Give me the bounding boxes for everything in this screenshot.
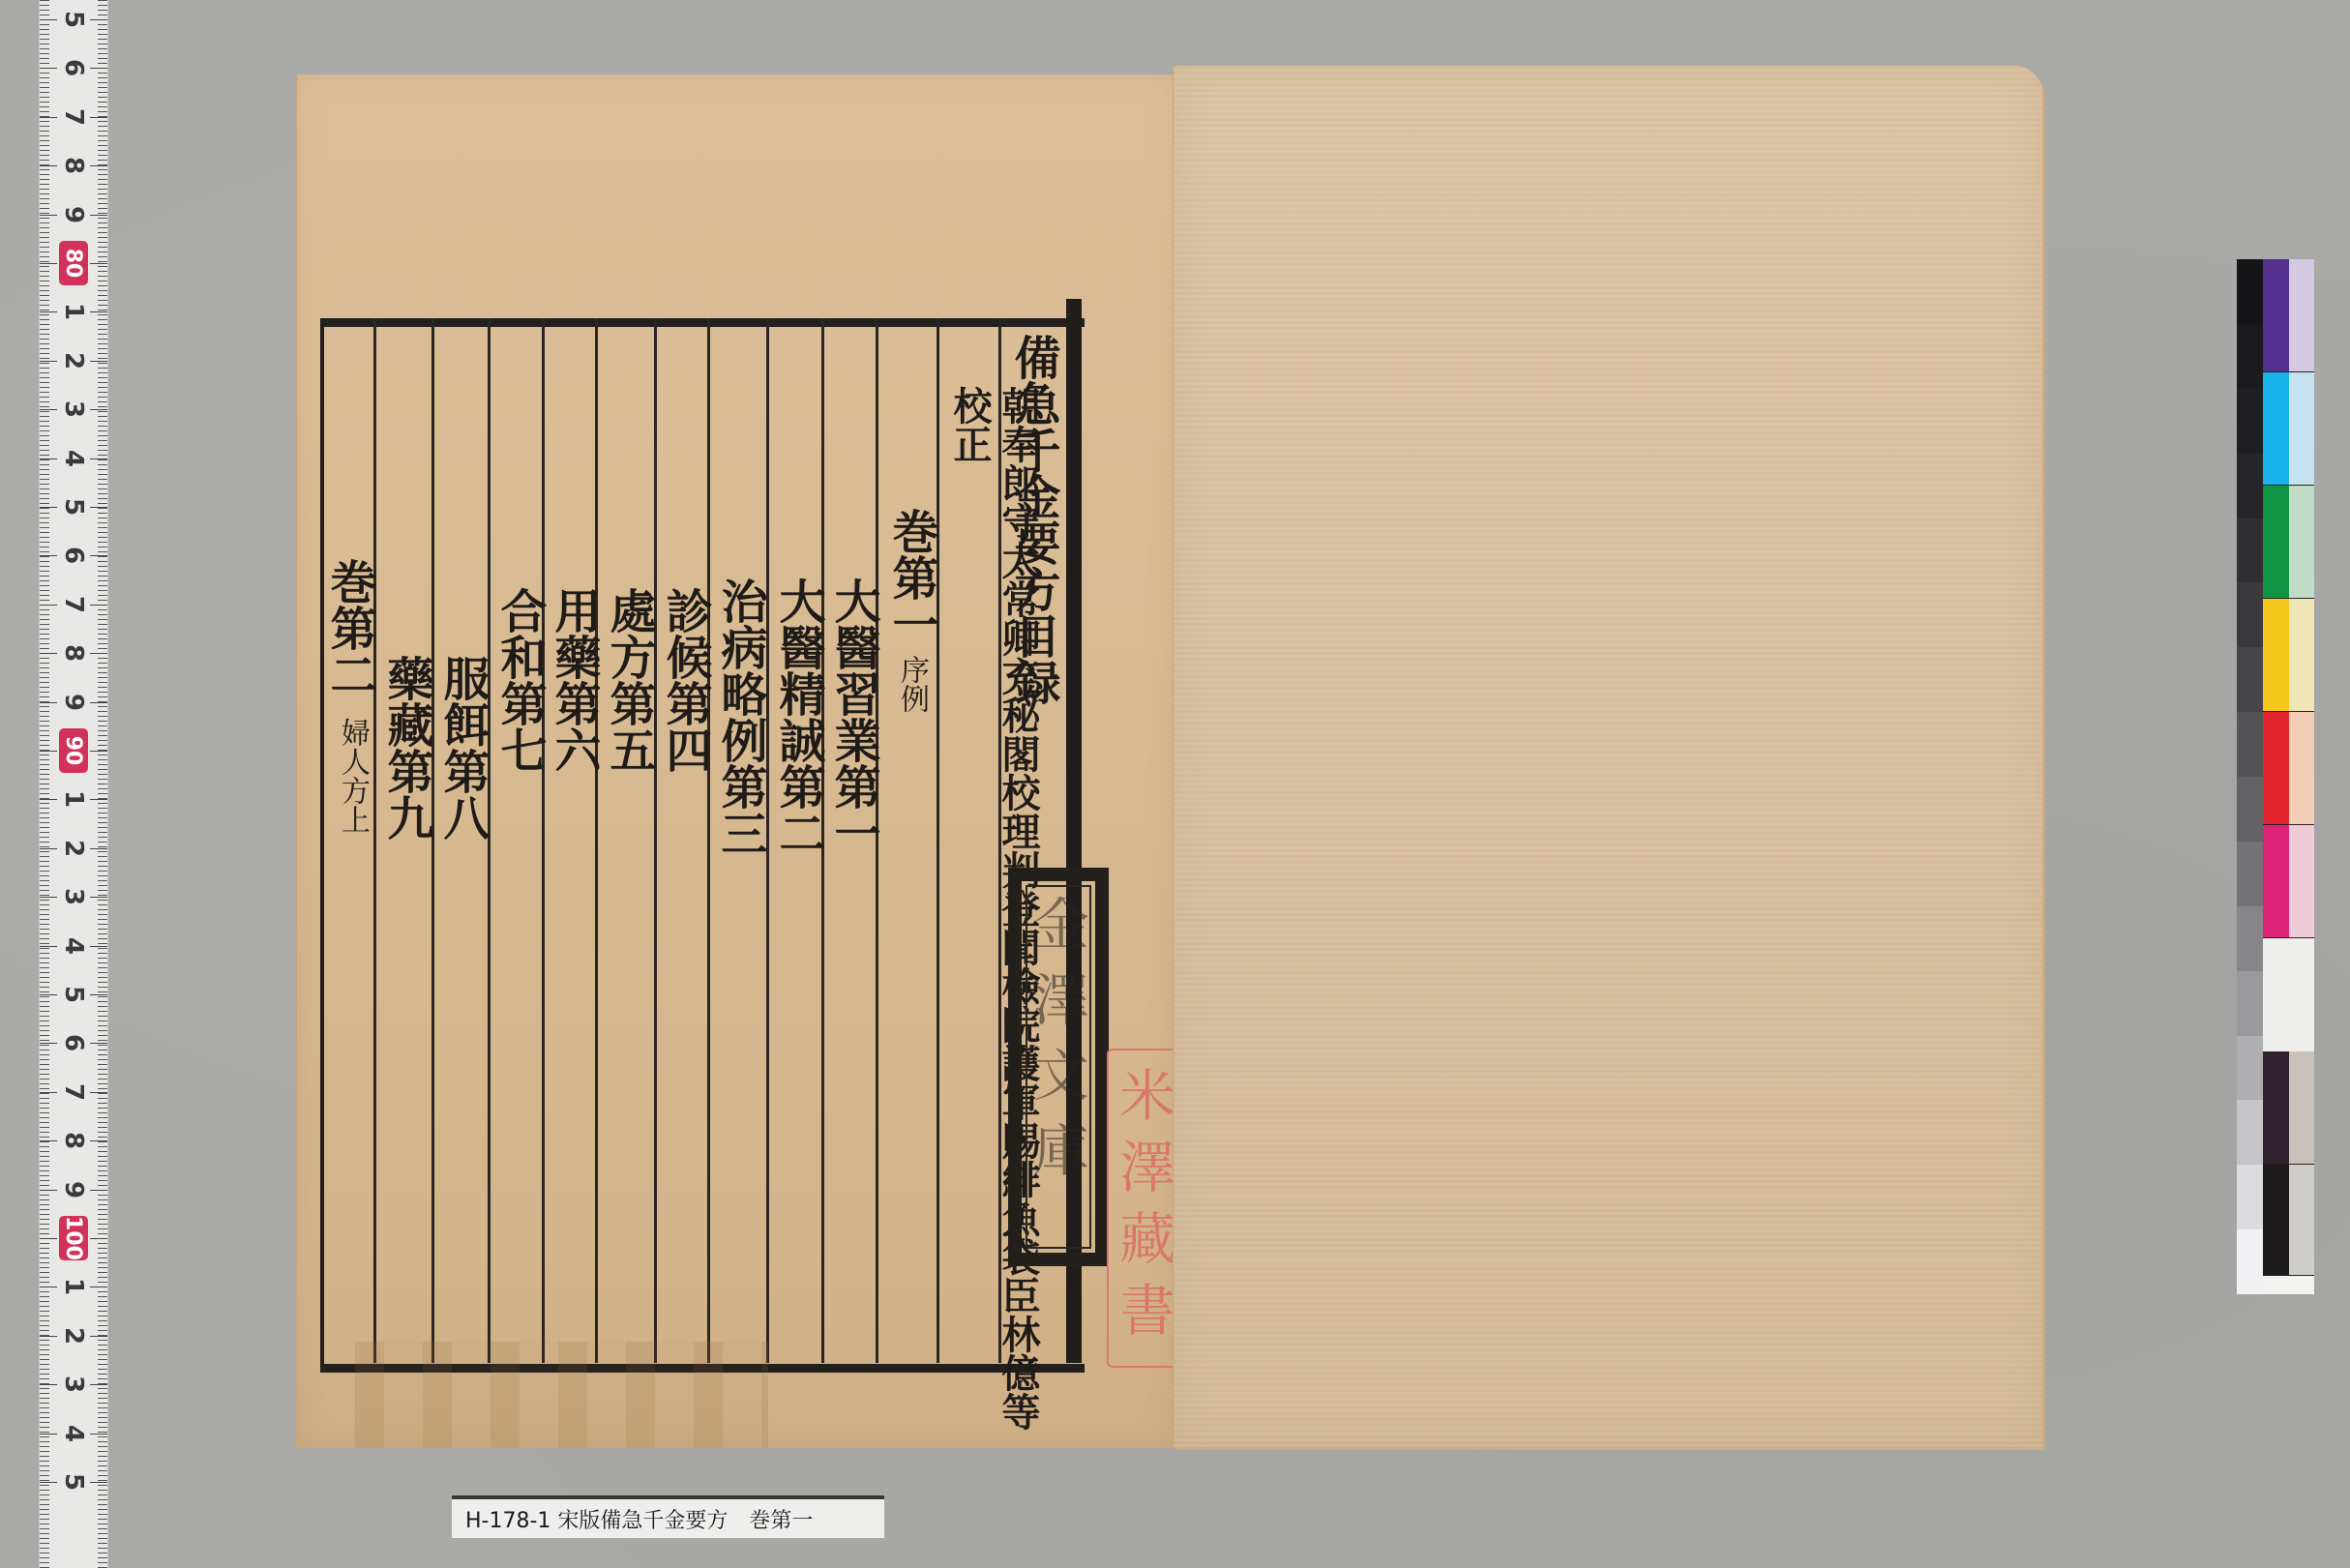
ruler-tick <box>90 1092 107 1093</box>
ruler-tick <box>90 409 107 410</box>
ruler-tick <box>90 1238 107 1239</box>
ruler-tick <box>40 1384 57 1385</box>
ruler-number: 8 <box>59 148 88 183</box>
ruler-tick <box>90 555 107 556</box>
ruler-tick <box>40 459 57 459</box>
ruler-tick <box>40 555 57 556</box>
gray-step <box>2237 324 2263 389</box>
gray-step <box>2237 518 2263 583</box>
color-calibration-chart <box>2237 259 2314 1294</box>
ruler-tick <box>40 19 57 20</box>
ruler-tick <box>90 165 107 166</box>
ruler-number: 1 <box>59 1269 88 1304</box>
color-swatch <box>2263 825 2289 938</box>
column-rule <box>707 318 710 1363</box>
ruler-number: 4 <box>59 1416 88 1451</box>
color-swatch <box>2263 372 2289 486</box>
ruler-number: 100 <box>59 1216 88 1260</box>
grayscale-strip <box>2237 259 2263 1294</box>
column-rule <box>373 318 376 1363</box>
ruler-tick <box>90 1482 107 1483</box>
ruler-tick <box>90 68 107 69</box>
gray-step <box>2237 1036 2263 1101</box>
catalog-label: H-178-1 宋版備急千金要方 巻第一 <box>452 1495 884 1538</box>
red-seal-yonezawa: 米澤藏書 <box>1107 1049 1178 1368</box>
gray-step <box>2237 842 2263 906</box>
ruler-tick <box>90 897 107 898</box>
volume2-note: 婦人方上 <box>336 718 369 834</box>
ruler-tick <box>90 361 107 362</box>
tint-swatch <box>2289 1165 2314 1276</box>
ruler-tick <box>90 1190 107 1191</box>
ruler-tick <box>40 751 57 752</box>
tint-swatches <box>2289 259 2314 1276</box>
tint-swatch <box>2289 712 2314 825</box>
ruler-tick <box>90 653 107 654</box>
ruler-tick <box>90 1140 107 1141</box>
ruler-tick <box>90 1043 107 1044</box>
color-swatch <box>2263 1051 2289 1165</box>
ruler-tick <box>40 605 57 606</box>
column-rule <box>937 318 939 1363</box>
ruler-tick <box>40 215 57 216</box>
ruler-tick <box>40 1238 57 1239</box>
ruler-number: 8 <box>59 636 88 670</box>
ruler-number: 2 <box>59 831 88 866</box>
black-seal-text: 金澤文庫 <box>1027 895 1086 1197</box>
ruler-number: 4 <box>59 441 88 476</box>
chapter-2: 大醫精誠第二 <box>771 577 825 856</box>
ruler-tick <box>90 848 107 849</box>
ruler-tick <box>40 263 57 264</box>
ruler-tick <box>90 1336 107 1337</box>
ruler-tick <box>40 117 57 118</box>
ruler-tick <box>40 361 57 362</box>
ruler-tick <box>90 946 107 947</box>
ruler-tick <box>90 117 107 118</box>
ruler-tick <box>40 409 57 410</box>
red-seal-text: 米澤藏書 <box>1113 1066 1173 1352</box>
ruler-tick <box>40 68 57 69</box>
color-swatch <box>2263 1165 2289 1276</box>
ruler-number: 6 <box>59 538 88 573</box>
chapter-6: 用藥第六 <box>547 587 601 773</box>
chapter-9: 藥藏第九 <box>379 655 433 841</box>
ruler-number: 5 <box>59 1464 88 1499</box>
ruler-number: 7 <box>59 587 88 622</box>
gray-step <box>2237 1229 2263 1294</box>
ruler-number: 5 <box>59 977 88 1012</box>
ruler-tick <box>40 1336 57 1337</box>
ruler-tick <box>40 507 57 508</box>
ruler-tick <box>40 1092 57 1093</box>
ruler-number: 7 <box>59 1075 88 1109</box>
volume1-heading: 巻第一 <box>884 508 938 647</box>
ruler-number: 90 <box>59 728 88 773</box>
gray-step <box>2237 1165 2263 1229</box>
ruler-tick <box>90 751 107 752</box>
ruler-tick <box>40 1287 57 1287</box>
ruler-number: 5 <box>59 2 88 37</box>
tint-swatch <box>2289 486 2314 599</box>
chapter-1: 大醫習業第一 <box>826 577 880 856</box>
ruler-tick <box>90 605 107 606</box>
open-book: 備急千金要方目録 朝奉郎守太常卿充秘閣校理判登聞檢院護軍賜緋魚袋臣林億等校正 巻… <box>295 66 2041 1449</box>
ruler-tick <box>40 1434 57 1435</box>
ruler-number: 3 <box>59 879 88 914</box>
ruler-number: 4 <box>59 929 88 963</box>
ruler-number: 6 <box>59 50 88 85</box>
color-swatch <box>2263 712 2289 825</box>
color-swatch <box>2263 486 2289 599</box>
gray-step <box>2237 906 2263 971</box>
chapter-4: 診候第四 <box>658 587 712 773</box>
gray-step <box>2237 971 2263 1036</box>
primary-swatches <box>2263 259 2289 1276</box>
ruler-number: 8 <box>59 1123 88 1158</box>
ruler-tick <box>90 311 107 312</box>
tint-swatch <box>2289 259 2314 372</box>
gray-step <box>2237 1100 2263 1165</box>
ruler-number: 6 <box>59 1025 88 1060</box>
ruler-number: 7 <box>59 100 88 134</box>
left-page: 備急千金要方目録 朝奉郎守太常卿充秘閣校理判登聞檢院護軍賜緋魚袋臣林億等校正 巻… <box>295 74 1175 1448</box>
ruler-number: 9 <box>59 685 88 720</box>
ruler-tick <box>40 946 57 947</box>
tint-swatch <box>2289 825 2314 938</box>
column-rule <box>488 318 491 1363</box>
chapter-8: 服餌第八 <box>435 655 490 841</box>
ruler-tick <box>40 653 57 654</box>
ruler-number: 3 <box>59 1367 88 1402</box>
ruler-number: 5 <box>59 489 88 524</box>
tint-swatch <box>2289 1051 2314 1165</box>
column-rule <box>431 318 434 1363</box>
ruler-tick <box>40 165 57 166</box>
tint-swatch <box>2289 372 2314 486</box>
ruler-tick <box>90 799 107 800</box>
ruler-tick <box>40 1043 57 1044</box>
ruler-tick <box>40 1190 57 1191</box>
ruler-tick <box>40 311 57 312</box>
ruler-tick <box>40 897 57 898</box>
color-swatch <box>2263 599 2289 712</box>
ruler-tick <box>90 507 107 508</box>
gray-step <box>2237 712 2263 777</box>
chapter-7: 合和第七 <box>492 587 547 773</box>
volume2-heading: 巻第二 <box>322 558 376 697</box>
column-rule <box>595 318 598 1363</box>
gray-step <box>2237 454 2263 518</box>
column-rule <box>542 318 545 1363</box>
black-seal-kanazawa-bunko: 金澤文庫 <box>1008 868 1109 1266</box>
gray-step <box>2237 582 2263 647</box>
ruler-tick <box>90 263 107 264</box>
ruler-tick <box>40 1482 57 1483</box>
ruler-number: 3 <box>59 392 88 427</box>
ruler-tick <box>90 459 107 459</box>
ruler-number: 1 <box>59 294 88 329</box>
ruler-number: 2 <box>59 343 88 378</box>
ruler-tick <box>40 1140 57 1141</box>
gray-step <box>2237 259 2263 324</box>
ruler-number: 9 <box>59 1172 88 1207</box>
gray-step <box>2237 647 2263 712</box>
ruler-tick <box>90 215 107 216</box>
ruler-tick <box>90 994 107 995</box>
right-page-blank <box>1173 66 2042 1447</box>
gray-step <box>2237 389 2263 454</box>
chapter-3: 治病略例第三 <box>713 577 767 856</box>
ruler-number: 1 <box>59 782 88 816</box>
ruler-tick <box>90 702 107 703</box>
ruler-tick <box>90 1287 107 1287</box>
gray-step <box>2237 777 2263 842</box>
ruler-tick <box>40 799 57 800</box>
ruler-tick <box>40 994 57 995</box>
column-rule <box>654 318 657 1363</box>
ruler-tick <box>40 702 57 703</box>
tint-swatch <box>2289 599 2314 712</box>
ruler-number: 80 <box>59 241 88 285</box>
ruler-tick <box>90 1384 107 1385</box>
ruler-number: 2 <box>59 1318 88 1353</box>
ruler-tick <box>90 1434 107 1435</box>
volume1-note: 序例 <box>895 655 928 713</box>
ruler-tick <box>90 19 107 20</box>
chapter-5: 處方第五 <box>602 587 656 773</box>
measuring-ruler: 56789801234567899012345678910012345 <box>39 0 108 1568</box>
ruler-number: 9 <box>59 197 88 232</box>
color-swatch <box>2263 259 2289 372</box>
ruler-tick <box>40 848 57 849</box>
